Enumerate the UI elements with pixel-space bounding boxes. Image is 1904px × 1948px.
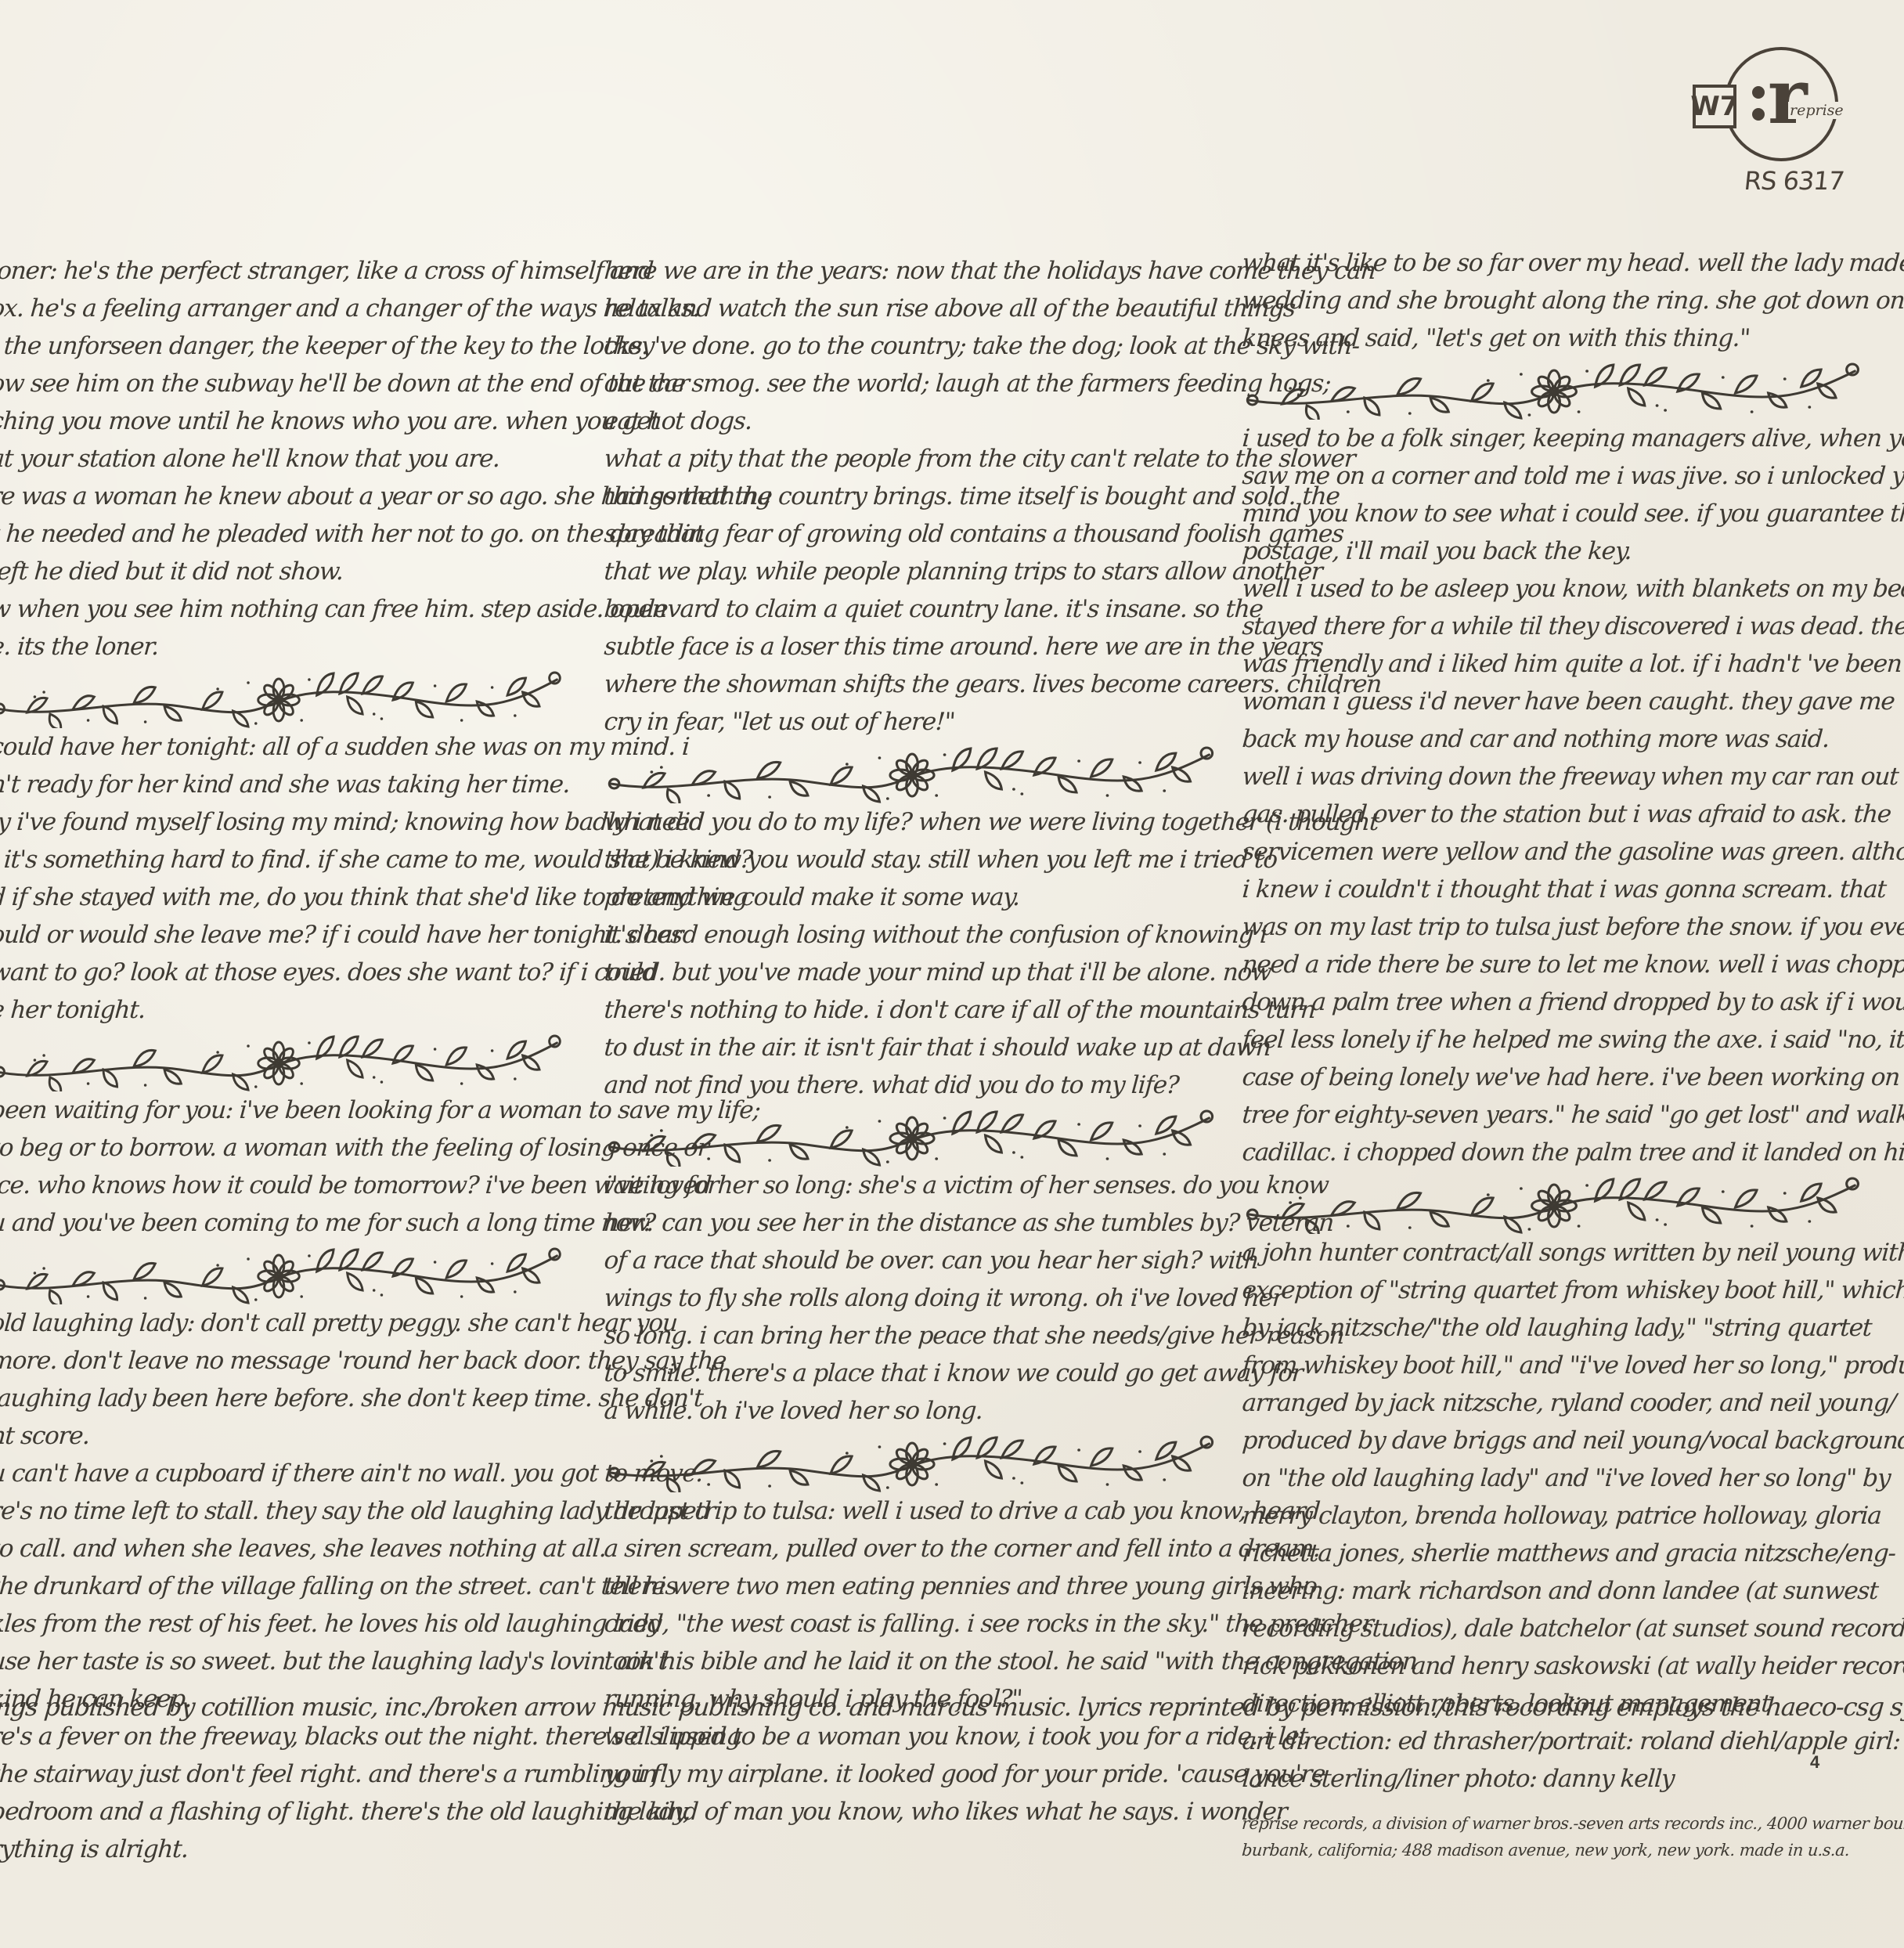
floral-vine-divider-icon (1241, 357, 1867, 420)
lyric-line: ice. who knows how it could be tomorrow?… (0, 1167, 571, 1204)
lyric-line: nt score. (0, 1417, 571, 1455)
lyric-line: reprise records, a division of warner br… (1241, 1810, 1869, 1837)
lyric-line: here we are in the years: now that the h… (603, 252, 1224, 290)
lyric-line: loner: he's the perfect stranger, like a… (0, 252, 571, 290)
logo-r-letter: r (1768, 60, 1808, 135)
lyric-line: to beg or to borrow. a woman with the fe… (0, 1129, 571, 1167)
lyric-line: t he needed and he pleaded with her not … (0, 515, 571, 553)
lyric-line: wedding and she brought along the ring. … (1241, 282, 1870, 319)
floral-vine-divider-icon (0, 1029, 568, 1091)
lyric-line: laughing lady been here before. she don'… (0, 1380, 571, 1417)
lyric-line: cadillac. i chopped down the palm tree a… (1241, 1134, 1870, 1171)
lyric-line: e. its the loner. (0, 628, 571, 666)
lyric-line: that we play. while people planning trip… (603, 553, 1224, 590)
lyric-line: there's nothing to hide. i don't care if… (603, 991, 1224, 1029)
lyric-line: ox. he's a feeling arranger and a change… (0, 290, 571, 327)
lyric-line: down a palm tree when a friend dropped b… (1241, 983, 1870, 1021)
lyric-line: well i was driving down the freeway when… (1241, 758, 1870, 795)
lyric-line: back my house and car and nothing more w… (1241, 720, 1870, 758)
lyric-line: the stairway just don't feel right. and … (0, 1755, 571, 1793)
lyric-line: i used to be a folk singer, keeping mana… (1241, 420, 1870, 457)
lyric-line: the kind of man you know, who likes what… (603, 1793, 1224, 1831)
lyric-line: need a ride there be sure to let me know… (1241, 946, 1870, 983)
lyric-line: ineering: mark richardson and donn lande… (1241, 1572, 1870, 1610)
lyric-stanza: the last trip to tulsa: well i used to d… (603, 1492, 1221, 1831)
lyric-line: rick pekkonen and henry saskowski (at wa… (1241, 1647, 1870, 1685)
lyric-stanza: i've loved her so long: she's a victim o… (603, 1167, 1221, 1430)
lyric-line: the drunkard of the village falling on t… (0, 1567, 571, 1605)
lyric-line: a john hunter contract/all songs written… (1241, 1234, 1870, 1272)
lyric-line: exception of "string quartet from whiske… (1241, 1272, 1870, 1309)
lyric-line: at your station alone he'll know that yo… (0, 440, 571, 478)
lyric-line: knees and said, "let's get on with this … (1241, 319, 1870, 357)
lyric-line: i've loved her so long: she's a victim o… (603, 1167, 1224, 1204)
lyric-line: so long. i can bring her the peace that … (603, 1317, 1224, 1355)
lyric-line: postage, i'll mail you back the key. (1241, 532, 1870, 570)
catalog-number: RS 6317 (1743, 166, 1845, 196)
lyric-line: that) i knew you would stay. still when … (603, 841, 1224, 878)
lyric-line: on "the old laughing lady" and "i've lov… (1241, 1459, 1870, 1497)
lyric-line: well i used to be asleep you know, with … (1241, 570, 1870, 608)
lyric-stanza: could have her tonight: all of a sudden … (0, 728, 568, 1029)
lyric-stanza: what it's like to be so far over my head… (1241, 244, 1867, 357)
lyric-line: to dust in the air. it isn't fair that i… (603, 1029, 1224, 1066)
lyric-stanza: i used to be a folk singer, keeping mana… (1241, 420, 1867, 1171)
lyric-line: re's no time left to stall. they say the… (0, 1492, 571, 1530)
floral-vine-divider-icon (603, 1104, 1221, 1167)
lyric-line: w when you see him nothing can free him.… (0, 590, 571, 628)
lyric-stanza: loner: he's the perfect stranger, like a… (0, 252, 568, 666)
lyric-line: feel less lonely if he helped me swing t… (1241, 1021, 1870, 1059)
lyric-line: cry in fear, "let us out of here!" (603, 703, 1224, 741)
lyric-line: there were two men eating pennies and th… (603, 1567, 1224, 1605)
lyric-line: n't ready for her kind and she was takin… (0, 766, 571, 803)
logo-dots (1751, 81, 1766, 125)
lyric-line: what did you do to my life? when we were… (603, 803, 1224, 841)
lyric-line: use her taste is so sweet. but the laugh… (0, 1643, 571, 1680)
floral-vine-divider-icon (0, 1242, 568, 1304)
lyric-line: left he died but it did not show. (0, 553, 571, 590)
lyric-line: her? can you see her in the distance as … (603, 1204, 1224, 1242)
lyric-line: arranged by jack nitzsche, ryland cooder… (1241, 1384, 1870, 1422)
lyric-line: eat hot dogs. (603, 402, 1224, 440)
lyric-line: gas. pulled over to the station but i wa… (1241, 795, 1870, 833)
lyrics-column-middle: here we are in the years: now that the h… (603, 252, 1221, 1831)
lyric-line: subtle face is a loser this time around.… (603, 628, 1224, 666)
lyric-line: of a race that should be over. can you h… (603, 1242, 1224, 1279)
lyric-line: ly i've found myself losing my mind; kno… (0, 803, 571, 841)
lyric-stanza: been waiting for you: i've been looking … (0, 1091, 568, 1242)
lyric-line: a siren scream, pulled over to the corne… (603, 1530, 1224, 1567)
reprise-w7-logo-icon: W7 r reprise (1691, 47, 1848, 164)
lyric-line: ching you move until he knows who you ar… (0, 402, 571, 440)
label-address-block: reprise records, a division of warner br… (1241, 1798, 1867, 1863)
logo-wordmark: reprise (1788, 102, 1845, 119)
lyric-line: woman i guess i'd never have been caught… (1241, 683, 1870, 720)
lyric-line: d if she stayed with me, do you think th… (0, 878, 571, 916)
lyric-line: was on my last trip to tulsa just before… (1241, 908, 1870, 946)
lyric-line: to call. and when she leaves, she leaves… (0, 1530, 571, 1567)
lyric-line: spreading fear of growing old contains a… (603, 515, 1224, 553)
lyric-line: . the unforseen danger, the keeper of th… (0, 327, 571, 365)
lyric-line: and not find you there. what did you do … (603, 1066, 1224, 1104)
floral-vine-divider-icon (603, 741, 1221, 803)
floral-vine-divider-icon (1241, 1171, 1867, 1234)
lyric-line: saw me on a corner and told me i was jiv… (1241, 457, 1870, 495)
lyric-line: where the showman shifts the gears. live… (603, 666, 1224, 703)
lyric-line: bedroom and a flashing of light. there's… (0, 1793, 571, 1831)
lyric-line: what it's like to be so far over my head… (1241, 244, 1870, 282)
lyric-line: been waiting for you: i've been looking … (0, 1091, 571, 1129)
lyric-line: by jack nitzsche/"the old laughing lady,… (1241, 1309, 1870, 1347)
lyric-line: burbank, california; 488 madison avenue,… (1241, 1837, 1869, 1863)
lyric-line: re was a woman he knew about a year or s… (0, 478, 571, 515)
lyric-line: merry clayton, brenda holloway, patrice … (1241, 1497, 1870, 1535)
lyric-line: tree for eighty-seven years." he said "g… (1241, 1096, 1870, 1134)
lyric-line: servicemen were yellow and the gasoline … (1241, 833, 1870, 871)
lyric-line: could have her tonight: all of a sudden … (0, 728, 571, 766)
lyric-line: lance sterling/liner photo: danny kelly (1241, 1760, 1870, 1798)
liner-notes-page: W7 r reprise RS 6317 loner: he's the per… (0, 0, 1904, 1948)
lyric-line: took his bible and he laid it on the sto… (603, 1643, 1224, 1680)
lyric-line: from whiskey boot hill," and "i've loved… (1241, 1347, 1870, 1384)
floral-vine-divider-icon (603, 1430, 1221, 1492)
lyric-line: you fly my airplane. it looked good for … (603, 1755, 1224, 1793)
lyric-stanza: here we are in the years: now that the h… (603, 252, 1221, 741)
lyric-line: to smile. there's a place that i know we… (603, 1355, 1224, 1392)
lyric-line: e her tonight. (0, 991, 571, 1029)
lyric-line: i knew i couldn't i thought that i was g… (1241, 871, 1870, 908)
lyric-line: pretend we could make it some way. (603, 878, 1224, 916)
lyric-line: a while. oh i've loved her so long. (603, 1392, 1224, 1430)
lyric-line: richetta jones, sherlie matthews and gra… (1241, 1535, 1870, 1572)
lyric-line: rything is alright. (0, 1831, 571, 1868)
lyrics-column-left: loner: he's the perfect stranger, like a… (0, 252, 568, 1868)
lyric-line: they've done. go to the country; take th… (603, 327, 1224, 365)
lyric-line: recording studios), dale batchelor (at s… (1241, 1610, 1870, 1647)
lyric-line: things that the country brings. time its… (603, 478, 1224, 515)
lyric-line: stayed there for a while til they discov… (1241, 608, 1870, 645)
lyric-line: . it's something hard to find. if she ca… (0, 841, 571, 878)
lyric-line: relax and watch the sun rise above all o… (603, 290, 1224, 327)
lyric-line: u can't have a cupboard if there ain't n… (0, 1455, 571, 1492)
lyric-line: more. don't leave no message 'round her … (0, 1342, 571, 1380)
w7-box: W7 (1693, 85, 1736, 128)
lyric-line: ould or would she leave me? if i could h… (0, 916, 571, 954)
lyric-line: mind you know to see what i could see. i… (1241, 495, 1870, 532)
lyric-line: cried, "the west coast is falling. i see… (603, 1605, 1224, 1643)
lyric-line: ow see him on the subway he'll be down a… (0, 365, 571, 402)
lyric-line: what a pity that the people from the cit… (603, 440, 1224, 478)
lyric-line: produced by dave briggs and neil young/v… (1241, 1422, 1870, 1459)
lyric-line: boulevard to claim a quiet country lane.… (603, 590, 1224, 628)
lyric-line: case of being lonely we've had here. i'v… (1241, 1059, 1870, 1096)
lyric-line: kles from the rest of his feet. he loves… (0, 1605, 571, 1643)
lyric-line: it's hard enough losing without the conf… (603, 916, 1224, 954)
page-number: 4 (1810, 1752, 1819, 1773)
lyric-line: tried. but you've made your mind up that… (603, 954, 1224, 991)
lyric-stanza: what did you do to my life? when we were… (603, 803, 1221, 1104)
lyric-line: the last trip to tulsa: well i used to d… (603, 1492, 1224, 1530)
lyric-stanza: old laughing lady: don't call pretty peg… (0, 1304, 568, 1868)
lyric-line: old laughing lady: don't call pretty peg… (0, 1304, 571, 1342)
lyric-line: wings to fly she rolls along doing it wr… (603, 1279, 1224, 1317)
lyric-line: want to go? look at those eyes. does she… (0, 954, 571, 991)
lyric-line: u and you've been coming to me for such … (0, 1204, 571, 1242)
lyrics-column-right: what it's like to be so far over my head… (1241, 244, 1867, 1863)
floral-vine-divider-icon (0, 666, 568, 728)
lyric-line: was friendly and i liked him quite a lot… (1241, 645, 1870, 683)
lyric-line: out the smog. see the world; laugh at th… (603, 365, 1224, 402)
publishing-credit-line: ngs published by cotillion music, inc./b… (0, 1683, 1892, 1730)
